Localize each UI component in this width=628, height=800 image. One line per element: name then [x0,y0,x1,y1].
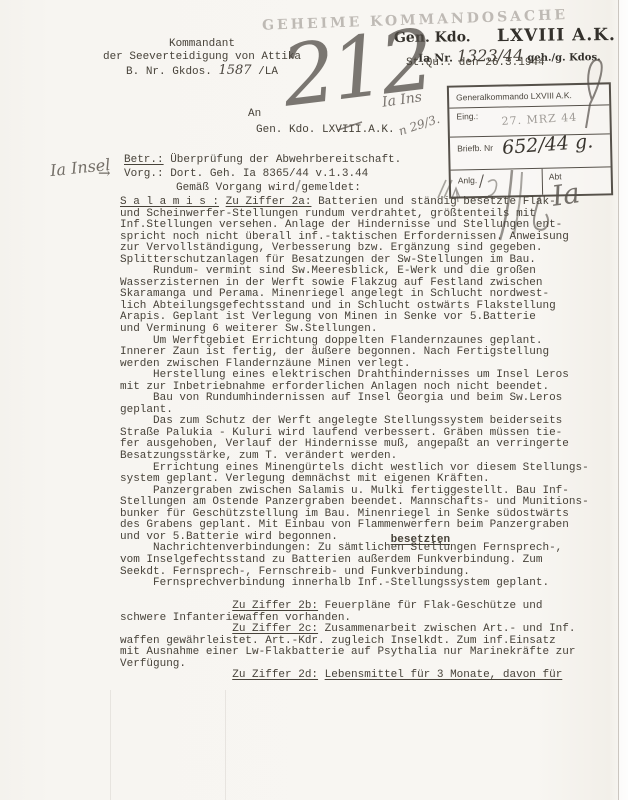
briefb-label: Briefb. Nr [457,143,493,154]
receipt-stamp-box: Generalkommando LXVIII A.K. Eing.: 27. M… [447,82,613,198]
address-an: An [248,108,261,121]
scan-edge-band [619,0,628,800]
margin-arrow: → [98,164,111,182]
paper-fold-line [110,690,111,800]
receipt-bottom-row: Anlg. / Abt [451,167,612,196]
vorgang-text: Dort. Geh. Ia 8365/44 v.1.3.44 [164,168,369,180]
pencil-note-date: n 29/3. [397,112,442,138]
scanned-document-page: GEHEIME KOMMANDOSACHE Gen. Kdo. LXVIII A… [0,0,628,800]
date-line: St.Qu.. den 26.3.1944 [406,57,545,70]
betreff-line: Betr.: Überprüfung der Abwehrbereitschaf… [124,154,401,167]
anlg-cell: Anlg. / [451,169,543,197]
betreff-label: Betr.: [124,154,164,166]
body-text: S a l a m i s : Zu Ziffer 2a: Batterien … [120,197,620,682]
eing-label: Eing.: [456,111,478,121]
letterhead-line3: B. Nr. Gkdos. 1587 /LA [92,64,312,79]
body-line: Bau von Rundumhindernissen auf Insel Geo… [120,393,620,405]
lxviii-ak-label: LXVIII A.K. [497,25,616,46]
betreff-text: Überprüfung der Abwehrbereitschaft. [164,154,402,166]
vorgang-line: Vorg.: Dort. Geh. Ia 8365/44 v.1.3.44 [124,168,368,181]
handwritten-1587: 1587 [218,63,251,78]
scan-edge-line [618,0,619,800]
address-recipient: Gen. Kdo. LXVIII.A.K. [256,124,395,137]
intro-line: Gemäß Vorgang wird gemeldet: [176,182,361,195]
anlg-handwritten-mark: / [477,172,485,191]
paper-fold-line [225,690,226,800]
receipt-briefb-row: Briefb. Nr 652/44 g. [450,134,611,170]
inserted-word-besetzten: besetzten [391,534,450,546]
vorgang-label: Vorg.: [124,168,164,180]
body-line: mit Ausnahme einer Lw-Flakbatterie auf P… [120,647,620,659]
body-line: Fernsprechverbindung innerhalb Inf.-Stel… [120,578,620,590]
eing-date-stamp: 27. MRZ 44 [501,111,577,128]
anlg-label: Anlg. [458,175,478,185]
body-line: Zu Ziffer 2d: Lebensmittel für 3 Monate,… [120,670,620,682]
